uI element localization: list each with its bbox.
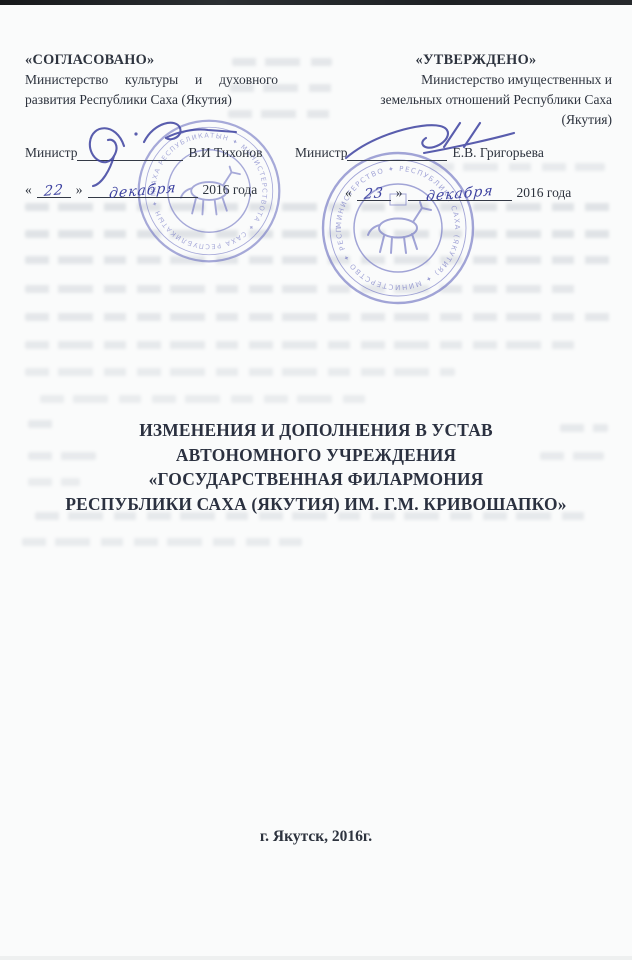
scan-top-edge (0, 0, 632, 5)
approved-org-line2: земельных отношений Республики Саха (340, 90, 612, 110)
date-row-right: « 23 » декабря 2016 года (345, 184, 571, 201)
document-page: «СОГЛАСОВАНО» Министерство культуры и ду… (0, 0, 632, 960)
title-line-2: АВТОНОМНОГО УЧРЕЖДЕНИЯ (0, 443, 632, 468)
year-label: 2016 года (203, 182, 258, 198)
quote-open: « (345, 185, 352, 201)
bleed-through-line (22, 538, 302, 546)
title-line-3: «ГОСУДАРСТВЕННАЯ ФИЛАРМОНИЯ (0, 467, 632, 492)
bleed-through-line (40, 395, 370, 403)
day-blank: 23 (357, 184, 391, 201)
approved-org-line3: (Якутия) (340, 110, 612, 130)
title-line-1: ИЗМЕНЕНИЯ И ДОПОЛНЕНИЯ В УСТАВ (0, 418, 632, 443)
role-label: Министр (25, 145, 77, 161)
agreed-org-line2: развития Республики Саха (Якутия) (25, 90, 278, 110)
scan-bottom-edge (0, 956, 632, 960)
bleed-through-line (25, 285, 585, 293)
title-line-4: РЕСПУБЛИКИ САХА (ЯКУТИЯ) ИМ. Г.М. КРИВОШ… (0, 492, 632, 517)
bleed-through-line (25, 313, 610, 321)
year-label: 2016 года (517, 185, 572, 201)
handwritten-day: 23 (363, 185, 384, 203)
round-seal-right: МИНИСТЕРСТВО ✦ РЕСПУБЛИКИ САХА (ЯКУТИЯ) … (318, 148, 478, 308)
handwritten-month: декабря (425, 183, 494, 205)
signer-name: Е.В. Григорьева (452, 145, 543, 161)
seal-emblem-icon: МИНИСТЕРСТВО ✦ РЕСПУБЛИКИ САХА (ЯКУТИЯ) … (318, 148, 478, 308)
date-row-left: « 22 » декабря 2016 года (25, 181, 257, 198)
agreed-org-line1: Министерство культуры и духовного (25, 70, 278, 90)
agreed-header: «СОГЛАСОВАНО» (25, 50, 278, 70)
approved-block: «УТВЕРЖДЕНО» Министерство имущественных … (340, 50, 612, 130)
role-label: Министр (295, 145, 347, 161)
bleed-through-line (25, 341, 580, 349)
minister-signature-row-left: Министр В.И Тихонов (25, 144, 262, 161)
city-year-line: г. Якутск, 2016г. (0, 828, 632, 846)
signer-name: В.И Тихонов (188, 145, 262, 161)
document-title: ИЗМЕНЕНИЯ И ДОПОЛНЕНИЯ В УСТАВ АВТОНОМНО… (0, 418, 632, 516)
quote-open: « (25, 182, 32, 198)
month-blank: декабря (88, 181, 198, 198)
month-blank: декабря (408, 184, 512, 201)
approved-org-line1: Министерство имущественных и (340, 70, 612, 90)
day-blank: 22 (37, 181, 71, 198)
quote-close: » (396, 185, 403, 201)
bleed-through-line (25, 368, 455, 376)
handwritten-day: 22 (43, 182, 64, 200)
agreed-block: «СОГЛАСОВАНО» Министерство культуры и ду… (25, 50, 278, 110)
approved-header: «УТВЕРЖДЕНО» (340, 50, 612, 70)
quote-close: » (76, 182, 83, 198)
signature-line (77, 144, 183, 161)
signature-line (347, 144, 447, 161)
minister-signature-row-right: Министр Е.В. Григорьева (295, 144, 544, 161)
